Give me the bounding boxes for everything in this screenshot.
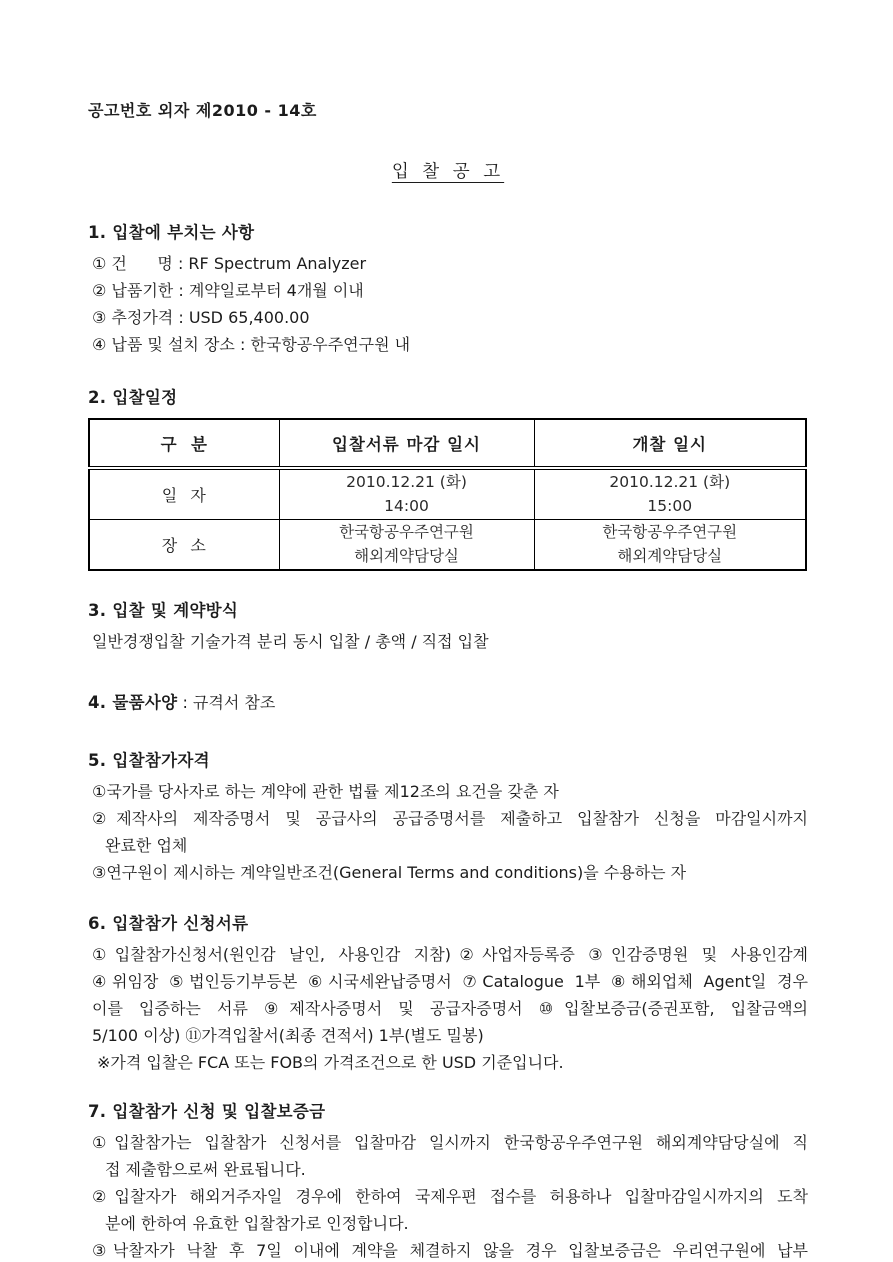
section-specifications: 4. 물품사양 : 규격서 참조 (88, 689, 808, 713)
document-page: 공고번호 외자 제2010 - 14호 입 찰 공 고 1. 입찰에 부치는 사… (0, 0, 893, 1262)
deposit-line-cont: 분에 한하여 유효한 입찰참가로 인정합니다. (88, 1210, 808, 1237)
deadline-date-cell: 2010.12.21 (화) 14:00 (279, 468, 534, 519)
col-header-opening: 개찰 일시 (534, 419, 806, 468)
opening-time: 15:00 (535, 494, 806, 518)
page-title: 입 찰 공 고 (392, 162, 504, 182)
section-bid-items: 1. 입찰에 부치는 사항 ① 건 명 : RF Spectrum Analyz… (88, 219, 808, 358)
section-contract-method: 3. 입찰 및 계약방식 일반경쟁입찰 기술가격 분리 동시 입찰 / 총액 /… (88, 597, 808, 655)
row-label-date: 일 자 (89, 468, 279, 519)
section-5-heading: 5. 입찰참가자격 (88, 747, 808, 771)
section-1-heading: 1. 입찰에 부치는 사항 (88, 219, 808, 243)
section-1-body: ① 건 명 : RF Spectrum Analyzer ② 납품기한 : 계약… (88, 250, 808, 358)
section-qualifications: 5. 입찰참가자격 ①국가를 당사자로 하는 계약에 관한 법률 제12조의 요… (88, 747, 808, 886)
section-3-heading: 3. 입찰 및 계약방식 (88, 597, 808, 621)
section-6-heading: 6. 입찰참가 신청서류 (88, 910, 808, 934)
table-row-date: 일 자 2010.12.21 (화) 14:00 2010.12.21 (화) … (89, 468, 806, 519)
opening-place-org: 한국항공우주연구원 (535, 520, 806, 544)
doc-number: 공고번호 외자 제2010 - 14호 (88, 98, 808, 121)
bid-item-name: ① 건 명 : RF Spectrum Analyzer (88, 250, 808, 277)
deposit-line: ③낙찰자가 낙찰 후 7일 이내에 계약을 체결하지 않을 경우 입찰보증금은 … (88, 1237, 808, 1262)
documents-line: 이를 입증하는 서류 ⑨제작사증명서 및 공급자증명서 ⑩입찰보증금(증권포함,… (88, 995, 808, 1022)
specifications-text: : 규격서 참조 (177, 693, 275, 712)
qualification-line-cont: 완료한 업체 (88, 832, 808, 859)
section-7-heading: 7. 입찰참가 신청 및 입찰보증금 (88, 1098, 808, 1122)
table-header-row: 구 분 입찰서류 마감 일시 개찰 일시 (89, 419, 806, 468)
deposit-line: ①입찰참가는 입찰참가 신청서를 입찰마감 일시까지 한국항공우주연구원 해외계… (88, 1129, 808, 1156)
opening-place-cell: 한국항공우주연구원 해외계약담당실 (534, 519, 806, 570)
deposit-line-cont: 접 제출함으로써 완료됩니다. (88, 1156, 808, 1183)
documents-note: ※가격 입찰은 FCA 또는 FOB의 가격조건으로 한 USD 기준입니다. (88, 1049, 808, 1076)
row-label-place: 장 소 (89, 519, 279, 570)
table-row-place: 장 소 한국항공우주연구원 해외계약담당실 한국항공우주연구원 해외계약담당실 (89, 519, 806, 570)
qualification-line: ①국가를 당사자로 하는 계약에 관한 법률 제12조의 요건을 갖춘 자 (88, 778, 808, 805)
deadline-date: 2010.12.21 (화) (280, 470, 534, 494)
bid-item-delivery: ② 납품기한 : 계약일로부터 4개월 이내 (88, 277, 808, 304)
bid-item-location: ④ 납품 및 설치 장소 : 한국항공우주연구원 내 (88, 331, 808, 358)
deposit-line: ②입찰자가 해외거주자일 경우에 한하여 국제우편 접수를 허용하나 입찰마감일… (88, 1183, 808, 1210)
title-row: 입 찰 공 고 (88, 158, 808, 183)
opening-date-cell: 2010.12.21 (화) 15:00 (534, 468, 806, 519)
contract-method-text: 일반경쟁입찰 기술가격 분리 동시 입찰 / 총액 / 직접 입찰 (88, 628, 808, 655)
documents-line: 5/100 이상) ⑪가격입찰서(최종 견적서) 1부(별도 밀봉) (88, 1022, 808, 1049)
documents-line: ④위임장 ⑤법인등기부등본 ⑥시국세완납증명서 ⑦Catalogue 1부 ⑧해… (88, 968, 808, 995)
col-header-category: 구 분 (89, 419, 279, 468)
qualification-line: ②제작사의 제작증명서 및 공급사의 공급증명서를 제출하고 입찰참가 신청을 … (88, 805, 808, 832)
bid-item-price: ③ 추정가격 : USD 65,400.00 (88, 304, 808, 331)
section-application-deposit: 7. 입찰참가 신청 및 입찰보증금 ①입찰참가는 입찰참가 신청서를 입찰마감… (88, 1098, 808, 1262)
deadline-place-office: 해외계약담당실 (280, 544, 534, 568)
bid-schedule-table: 구 분 입찰서류 마감 일시 개찰 일시 일 자 2010.12.21 (화) … (88, 418, 807, 571)
section-application-documents: 6. 입찰참가 신청서류 ①입찰참가신청서(원인감 날인, 사용인감 지참)②사… (88, 910, 808, 1076)
section-4-heading: 4. 물품사양 (88, 693, 177, 712)
opening-place-office: 해외계약담당실 (535, 544, 806, 568)
section-bid-schedule: 2. 입찰일정 구 분 입찰서류 마감 일시 개찰 일시 일 자 (88, 384, 808, 571)
document-content: 공고번호 외자 제2010 - 14호 입 찰 공 고 1. 입찰에 부치는 사… (0, 0, 893, 1262)
deadline-place-cell: 한국항공우주연구원 해외계약담당실 (279, 519, 534, 570)
qualification-line: ③연구원이 제시하는 계약일반조건(General Terms and cond… (88, 859, 808, 886)
col-header-deadline: 입찰서류 마감 일시 (279, 419, 534, 468)
section-2-heading: 2. 입찰일정 (88, 384, 808, 408)
deadline-place-org: 한국항공우주연구원 (280, 520, 534, 544)
opening-date: 2010.12.21 (화) (535, 470, 806, 494)
deadline-time: 14:00 (280, 494, 534, 518)
documents-line: ①입찰참가신청서(원인감 날인, 사용인감 지참)②사업자등록증 ③인감증명원 … (88, 941, 808, 968)
